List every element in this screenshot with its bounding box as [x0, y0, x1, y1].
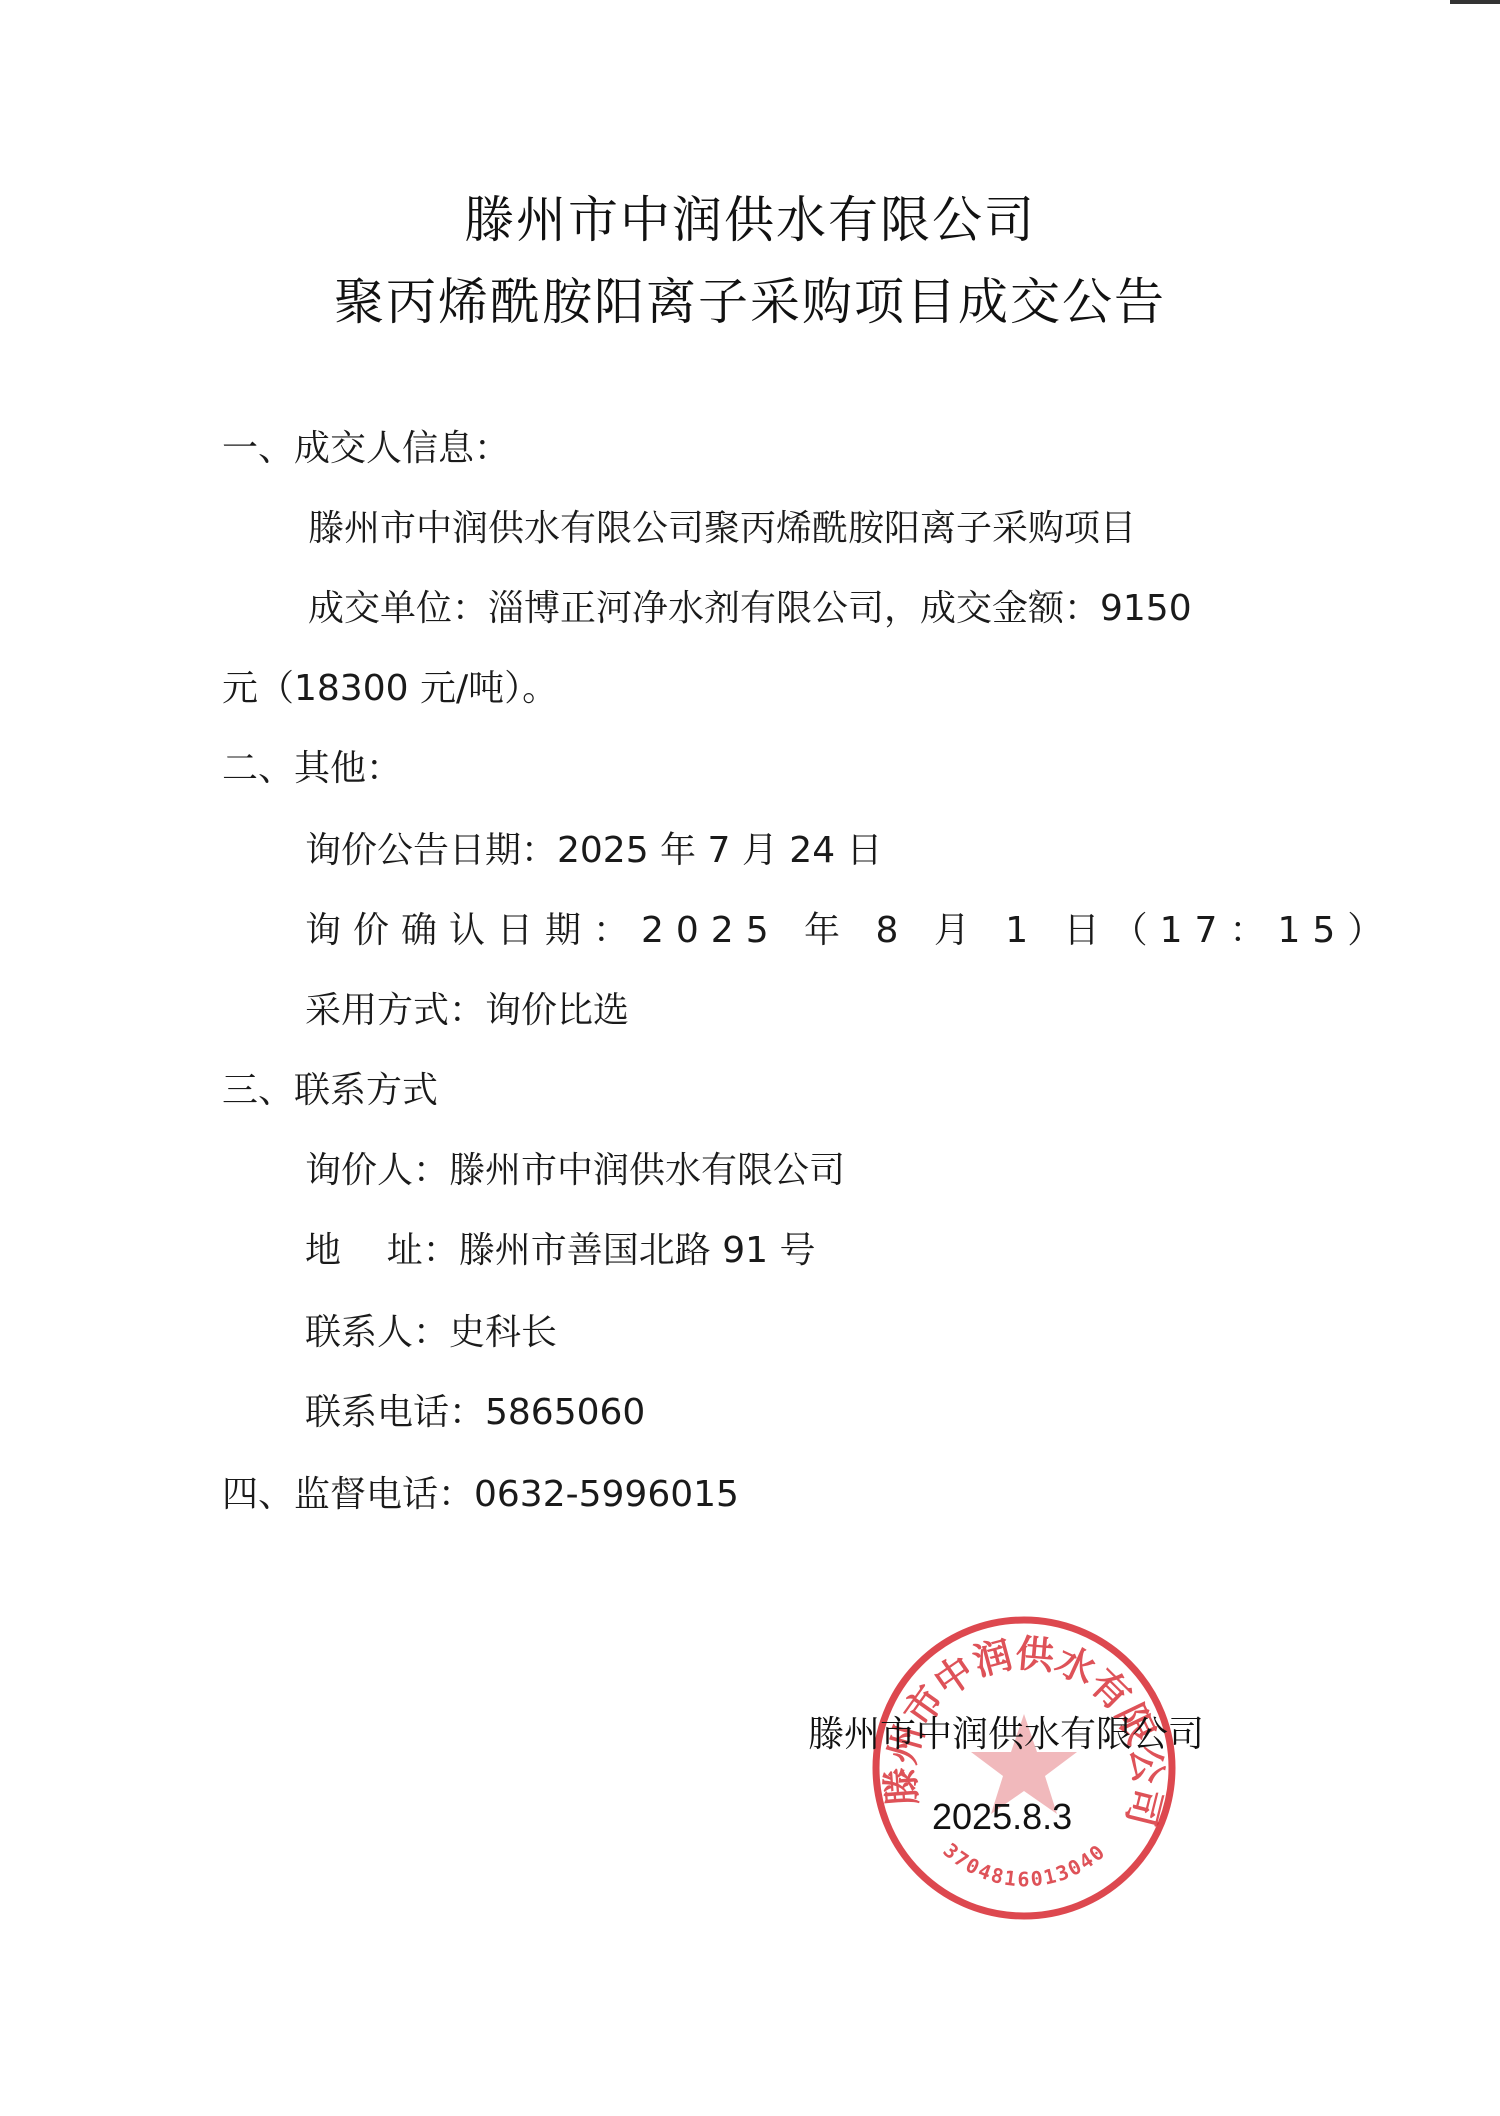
section-1-amount: 元（18300 元/吨）。: [222, 660, 558, 711]
inquirer: 询价人：滕州市中润供水有限公司: [305, 1142, 845, 1193]
svg-text:3704816013040: 3704816013040: [939, 1838, 1111, 1891]
procurement-method: 采用方式：询价比选: [305, 982, 629, 1033]
company-seal-stamp: 滕州市中润供水有限公司 3704816013040: [868, 1612, 1180, 1924]
scan-edge-artifact: [1450, 0, 1500, 4]
title-project: 聚丙烯酰胺阳离子采购项目成交公告: [0, 262, 1500, 334]
section-1-project: 滕州市中润供水有限公司聚丙烯酰胺阳离子采购项目: [308, 500, 1136, 551]
seal-code-text: 3704816013040: [939, 1838, 1111, 1891]
section-2-heading: 二、其他：: [222, 740, 402, 791]
section-1-heading: 一、成交人信息：: [222, 420, 510, 471]
section-1-winner: 成交单位：淄博正河净水剂有限公司，成交金额：9150: [308, 580, 1192, 631]
address: 地 址：滕州市善国北路 91 号: [305, 1222, 815, 1273]
contact-person: 联系人：史科长: [305, 1304, 557, 1355]
supervision-phone: 四、监督电话：0632-5996015: [222, 1466, 739, 1517]
inquiry-notice-date: 询价公告日期：2025 年 7 月 24 日: [305, 822, 883, 873]
contact-phone: 联系电话：5865060: [305, 1384, 645, 1435]
title-company: 滕州市中润供水有限公司: [0, 180, 1500, 252]
section-3-heading: 三、联系方式: [222, 1062, 438, 1113]
signature-date: 2025.8.3: [932, 1796, 1072, 1838]
signature-company: 滕州市中润供水有限公司: [808, 1706, 1204, 1757]
inquiry-confirm-date: 询价确认日期：2025 年 8 月 1 日（17：15）: [305, 902, 1395, 953]
